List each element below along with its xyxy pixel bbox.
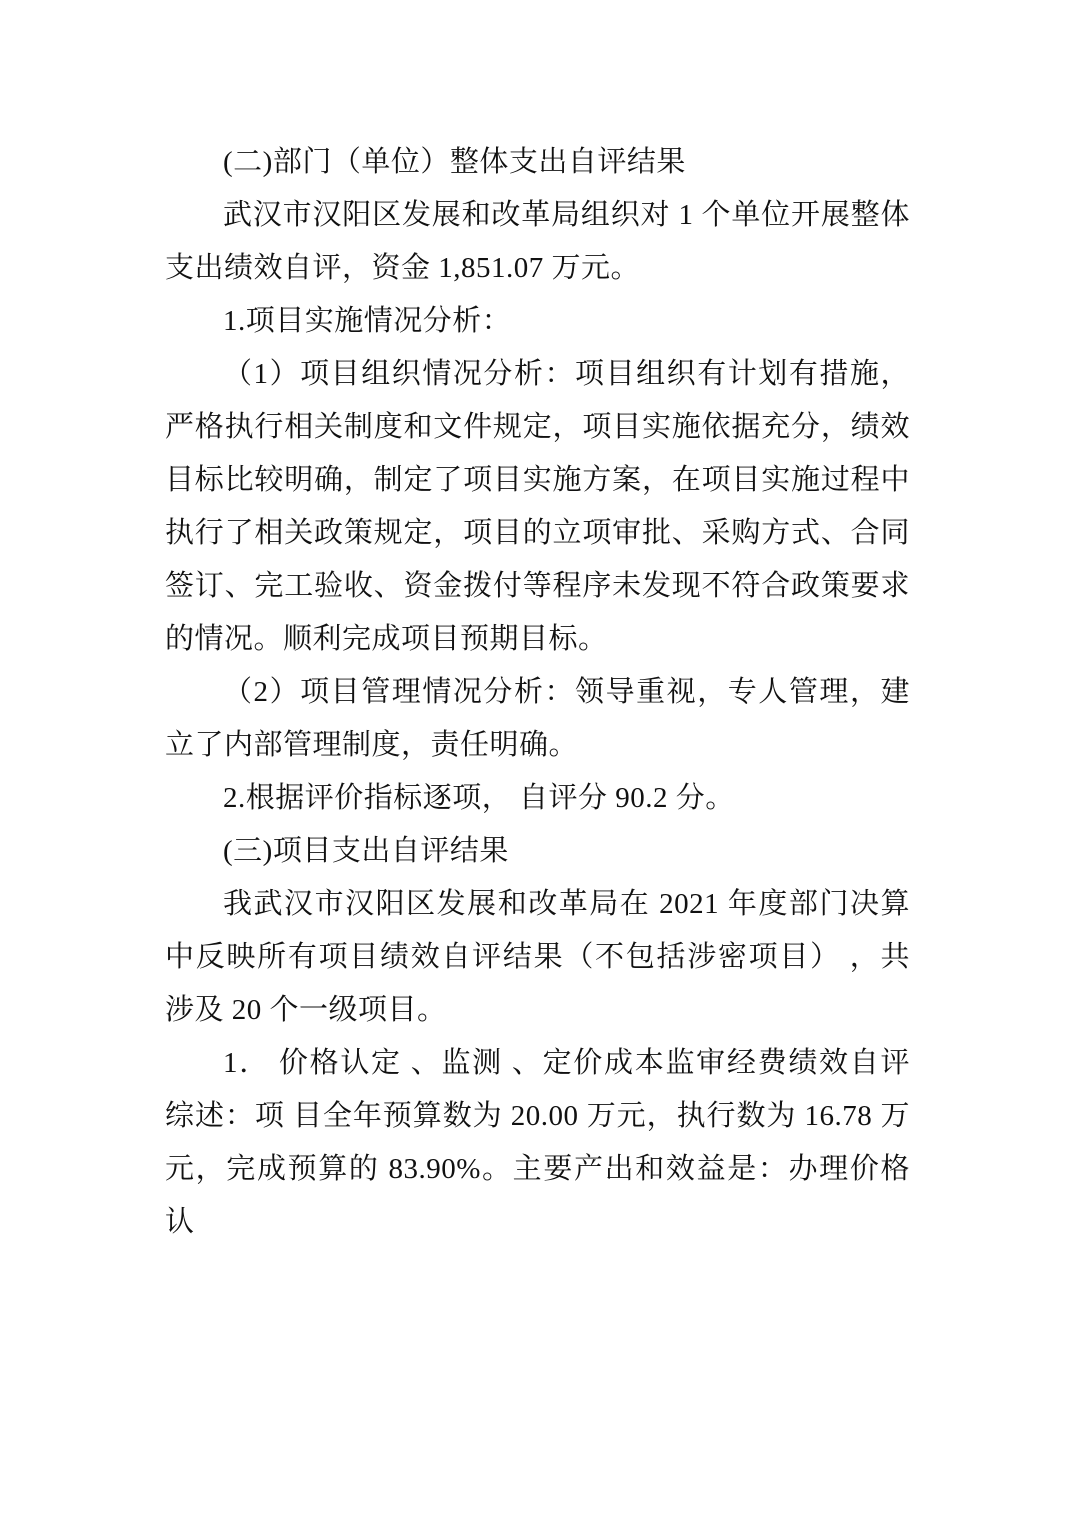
- paragraph-project-expenditure-summary: 我武汉市汉阳区发展和改革局在 2021 年度部门决算中反映所有项目绩效自评结果（…: [165, 878, 910, 1037]
- paragraph-overall-self-evaluation: 武汉市汉阳区发展和改革局组织对 1 个单位开展整体支出绩效自评，资金 1,851…: [165, 189, 910, 295]
- paragraph-project-organization-analysis: （1）项目组织情况分析：项目组织有计划有措施，严格执行相关制度和文件规定，项目实…: [165, 348, 910, 666]
- section-heading-2: (二)部门（单位）整体支出自评结果: [165, 136, 910, 189]
- paragraph-item-1-implementation-analysis: 1.项目实施情况分析：: [165, 295, 910, 348]
- paragraph-project-management-analysis: （2）项目管理情况分析：领导重视，专人管理，建立了内部管理制度，责任明确。: [165, 666, 910, 772]
- document-page: (二)部门（单位）整体支出自评结果 武汉市汉阳区发展和改革局组织对 1 个单位开…: [0, 0, 1075, 1521]
- section-heading-3: (三)项目支出自评结果: [165, 825, 910, 878]
- paragraph-price-assessment-summary: 1． 价格认定 、监测 、定价成本监审经费绩效自评综述：项 目全年预算数为 20…: [165, 1037, 910, 1249]
- paragraph-item-2-self-score: 2.根据评价指标逐项， 自评分 90.2 分。: [165, 772, 910, 825]
